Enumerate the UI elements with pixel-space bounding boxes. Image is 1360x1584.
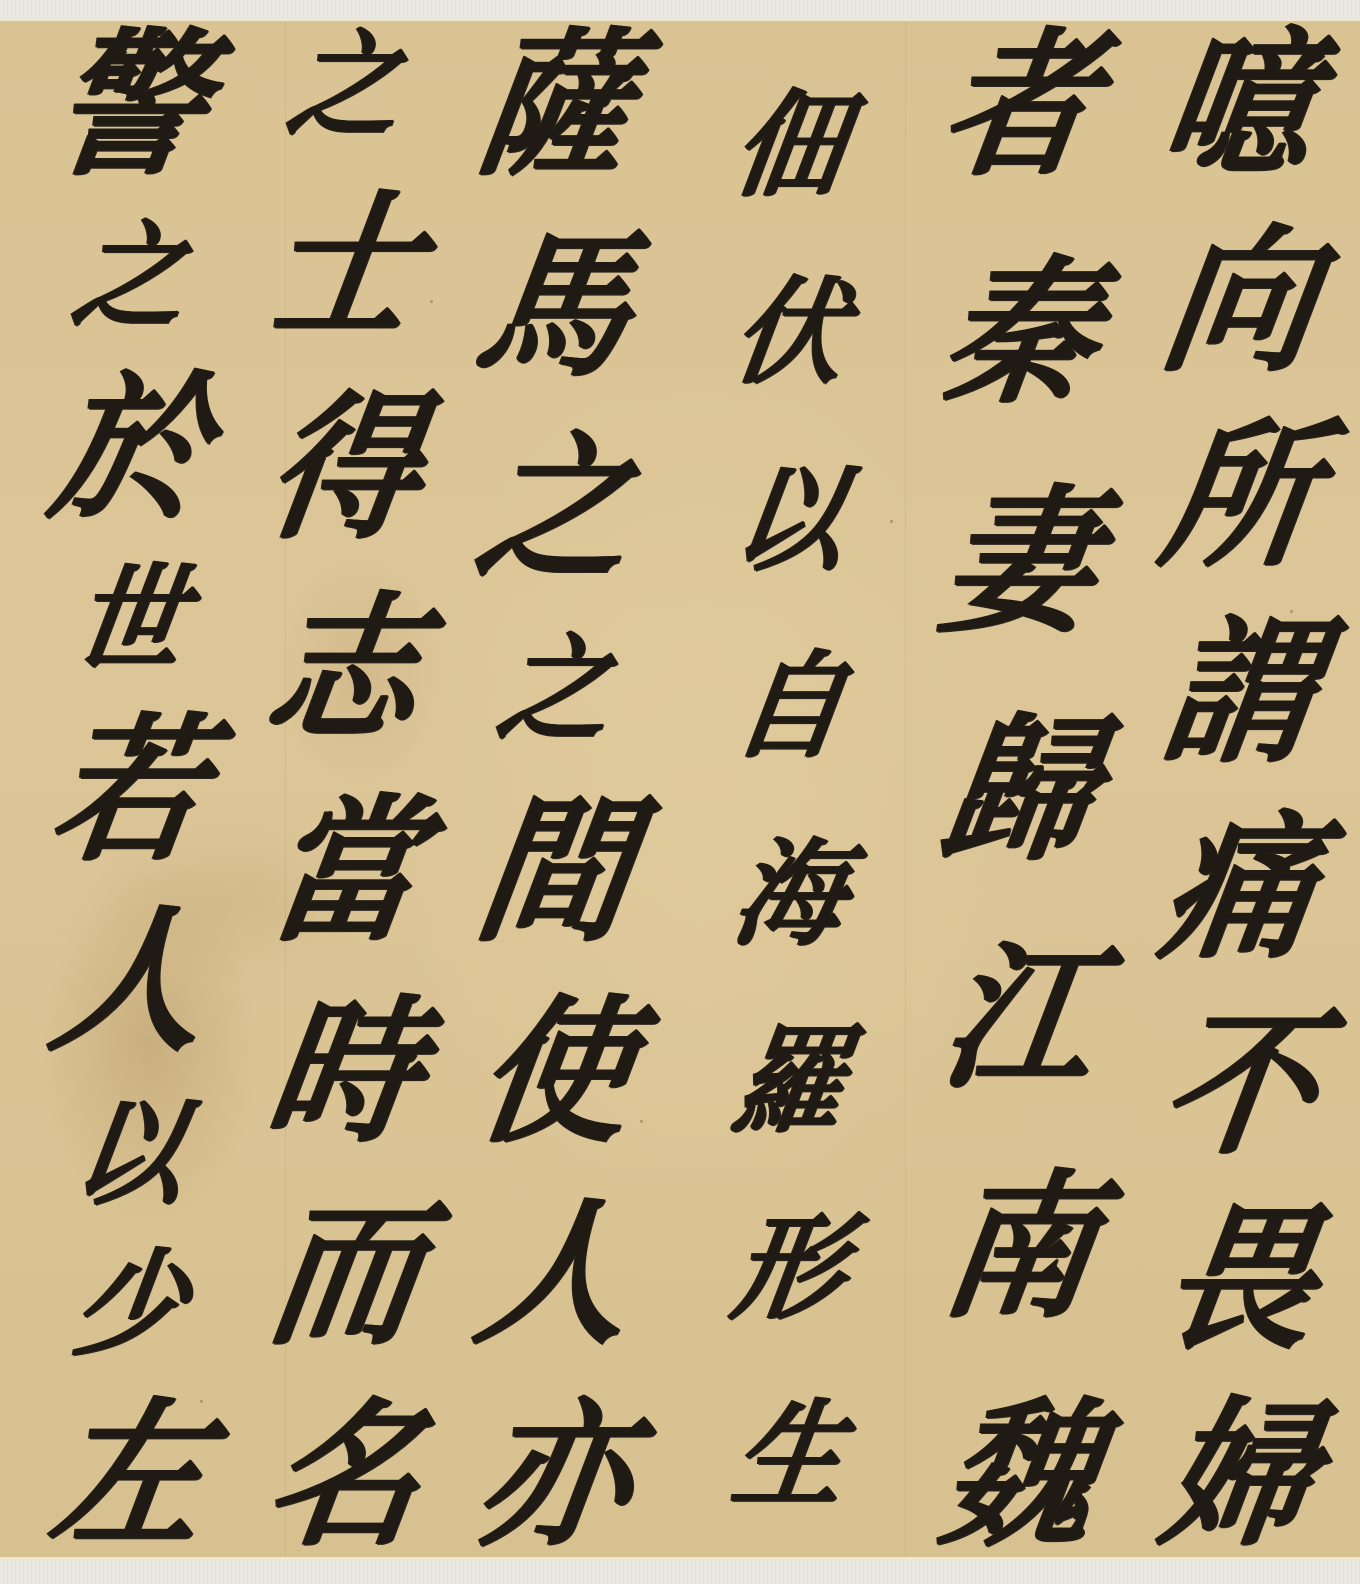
character: 向: [1154, 222, 1326, 380]
character: 於: [44, 369, 216, 527]
character: 佃: [727, 87, 853, 203]
character: 伏: [727, 274, 853, 390]
character: 之: [492, 632, 618, 748]
character: 世: [67, 561, 193, 677]
character: 所: [1154, 418, 1326, 576]
character: 人: [44, 903, 216, 1061]
character: 歸: [934, 711, 1106, 869]
character: 時: [259, 993, 431, 1151]
character: 魏: [934, 1396, 1106, 1554]
calligraphy-column-1: 噫 向 所 謂 痛 不 畏 婦: [1140, 30, 1340, 1550]
character: 生: [727, 1397, 853, 1513]
character: 志: [259, 591, 431, 749]
character: 者: [934, 26, 1106, 184]
calligraphy-column-2: 者 秦 妻 歸 江 南 魏: [920, 30, 1120, 1550]
character: 左: [44, 1396, 216, 1554]
character: 自: [727, 649, 853, 765]
paper-speck: [890, 520, 893, 523]
character: 噫: [1154, 26, 1326, 184]
character: 不: [1154, 1005, 1326, 1163]
character: 人: [469, 1195, 641, 1353]
character: 形: [727, 1210, 853, 1326]
character: 之: [67, 219, 193, 335]
character: 若: [44, 711, 216, 869]
character: 海: [727, 836, 853, 952]
character: 當: [259, 792, 431, 950]
character: 秦: [934, 255, 1106, 413]
character: 畏: [1154, 1200, 1326, 1358]
character: 謂: [1154, 613, 1326, 771]
character: 間: [469, 792, 641, 950]
character: 婦: [1154, 1396, 1326, 1554]
character: 羅: [727, 1023, 853, 1139]
character: 警: [44, 26, 216, 184]
character: 而: [259, 1195, 431, 1353]
character: 亦: [469, 1396, 641, 1554]
character: 士: [259, 188, 431, 346]
character: 痛: [1154, 809, 1326, 967]
character: 以: [67, 1095, 193, 1211]
character: 之: [282, 27, 408, 143]
calligraphy-column-6: 警 之 於 世 若 人 以 少 左: [30, 30, 230, 1550]
character: 名: [259, 1396, 431, 1554]
calligraphy-column-5: 之 士 得 志 當 時 而 名: [245, 30, 445, 1550]
character: 得: [259, 389, 431, 547]
paper-fold-line: [905, 21, 906, 1557]
calligraphy-column-4: 薩 馬 之 之 間 使 人 亦: [455, 30, 655, 1550]
character: 之: [469, 429, 641, 587]
character: 南: [934, 1168, 1106, 1326]
character: 以: [727, 462, 853, 578]
calligraphy-column-3: 佃 伏 以 自 海 羅 形 生: [690, 90, 890, 1510]
character: 薩: [469, 26, 641, 184]
character: 妻: [934, 483, 1106, 641]
character: 江: [934, 940, 1106, 1098]
character: 使: [469, 993, 641, 1151]
character: 馬: [469, 228, 641, 386]
character: 少: [67, 1246, 193, 1362]
